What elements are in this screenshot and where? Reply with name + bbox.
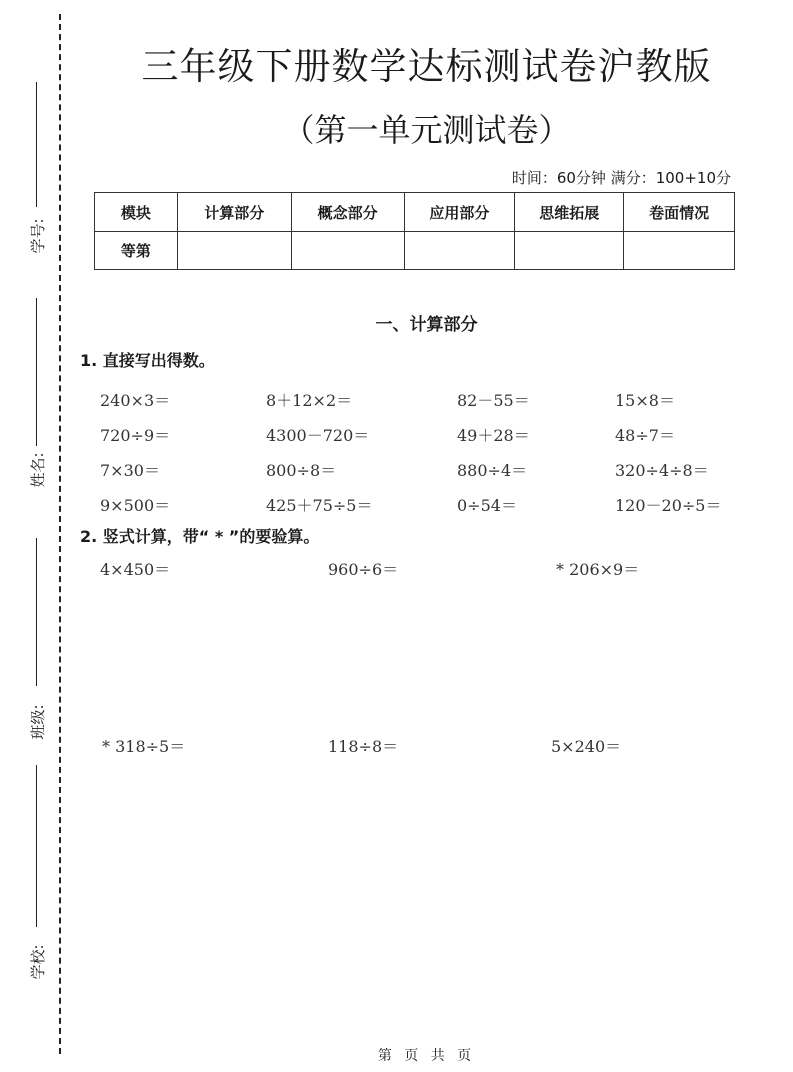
vertical-calc-item: 5×240＝ [551, 734, 621, 757]
section-title: 一、计算部分 [60, 310, 793, 335]
student-id-line[interactable] [36, 82, 37, 207]
vertical-calc-item: * 318÷5＝ [102, 734, 185, 757]
calc-item: 49＋28＝ [457, 423, 615, 446]
page-footer: 第 页 共 页 [60, 1045, 793, 1065]
calc-item: 320÷4÷8＝ [615, 458, 750, 481]
question-1-title: 1. 直接写出得数。 [80, 348, 215, 371]
binding-dashed-line [59, 14, 61, 1054]
school-line[interactable] [36, 765, 37, 927]
score-table: 模块 计算部分 概念部分 应用部分 思维拓展 卷面情况 等第 [94, 192, 735, 270]
calc-item: 425＋75÷5＝ [266, 493, 457, 516]
class-line[interactable] [36, 538, 37, 686]
calc-item: 0÷54＝ [457, 493, 615, 516]
calc-item: 800÷8＝ [266, 458, 457, 481]
exam-meta: 时间：60分钟 满分：100+10分 [512, 167, 731, 188]
grade-cell-calculation[interactable] [177, 232, 291, 270]
calc-item: 9×500＝ [100, 493, 266, 516]
calc-item: 48÷7＝ [615, 423, 750, 446]
column-neatness: 卷面情况 [624, 193, 735, 232]
calc-item: 720÷9＝ [100, 423, 266, 446]
grade-cell-concept[interactable] [291, 232, 404, 270]
column-thinking: 思维拓展 [515, 193, 624, 232]
page-title: 三年级下册数学达标测试卷沪教版 [60, 36, 793, 90]
calc-item: 880÷4＝ [457, 458, 615, 481]
calc-item: 8＋12×2＝ [266, 388, 457, 411]
calc-item: 4300－720＝ [266, 423, 457, 446]
school-label: 学校: [7, 947, 67, 977]
grade-cell-neatness[interactable] [624, 232, 735, 270]
calc-row: 9×500＝ 425＋75÷5＝ 0÷54＝ 120－20÷5＝ [100, 487, 750, 522]
student-id-label: 学号: [7, 221, 67, 251]
column-concept: 概念部分 [291, 193, 404, 232]
grade-cell-thinking[interactable] [515, 232, 624, 270]
calc-item: 15×8＝ [615, 388, 750, 411]
question-2-title: 2. 竖式计算，带“ * ”的要验算。 [80, 524, 319, 547]
calc-item: 7×30＝ [100, 458, 266, 481]
score-table-grade-row: 等第 [95, 232, 735, 270]
vertical-calc-item: 960÷6＝ [328, 557, 398, 580]
page-subtitle: （第一单元测试卷） [60, 105, 793, 151]
name-line[interactable] [36, 298, 37, 446]
vertical-calc-item: 4×450＝ [100, 557, 170, 580]
score-table-header-row: 模块 计算部分 概念部分 应用部分 思维拓展 卷面情况 [95, 193, 735, 232]
vertical-calc-item: 118÷8＝ [328, 734, 398, 757]
class-label: 班级: [7, 707, 67, 737]
vertical-calc-item: * 206×9＝ [556, 557, 639, 580]
calc-item: 120－20÷5＝ [615, 493, 750, 516]
vertical-calc-row: * 318÷5＝ 118÷8＝ 5×240＝ [100, 734, 750, 764]
calc-row: 7×30＝ 800÷8＝ 880÷4＝ 320÷4÷8＝ [100, 452, 750, 487]
row-header-module: 模块 [95, 193, 178, 232]
column-calculation: 计算部分 [177, 193, 291, 232]
calc-row: 240×3＝ 8＋12×2＝ 82－55＝ 15×8＝ [100, 382, 750, 417]
calc-item: 240×3＝ [100, 388, 266, 411]
oral-calc-grid: 240×3＝ 8＋12×2＝ 82－55＝ 15×8＝ 720÷9＝ 4300－… [100, 382, 750, 522]
calc-row: 720÷9＝ 4300－720＝ 49＋28＝ 48÷7＝ [100, 417, 750, 452]
row-header-grade: 等第 [95, 232, 178, 270]
calc-item: 82－55＝ [457, 388, 615, 411]
grade-cell-application[interactable] [404, 232, 515, 270]
name-label: 姓名: [7, 455, 67, 485]
vertical-calc-row: 4×450＝ 960÷6＝ * 206×9＝ [100, 557, 750, 587]
column-application: 应用部分 [404, 193, 515, 232]
